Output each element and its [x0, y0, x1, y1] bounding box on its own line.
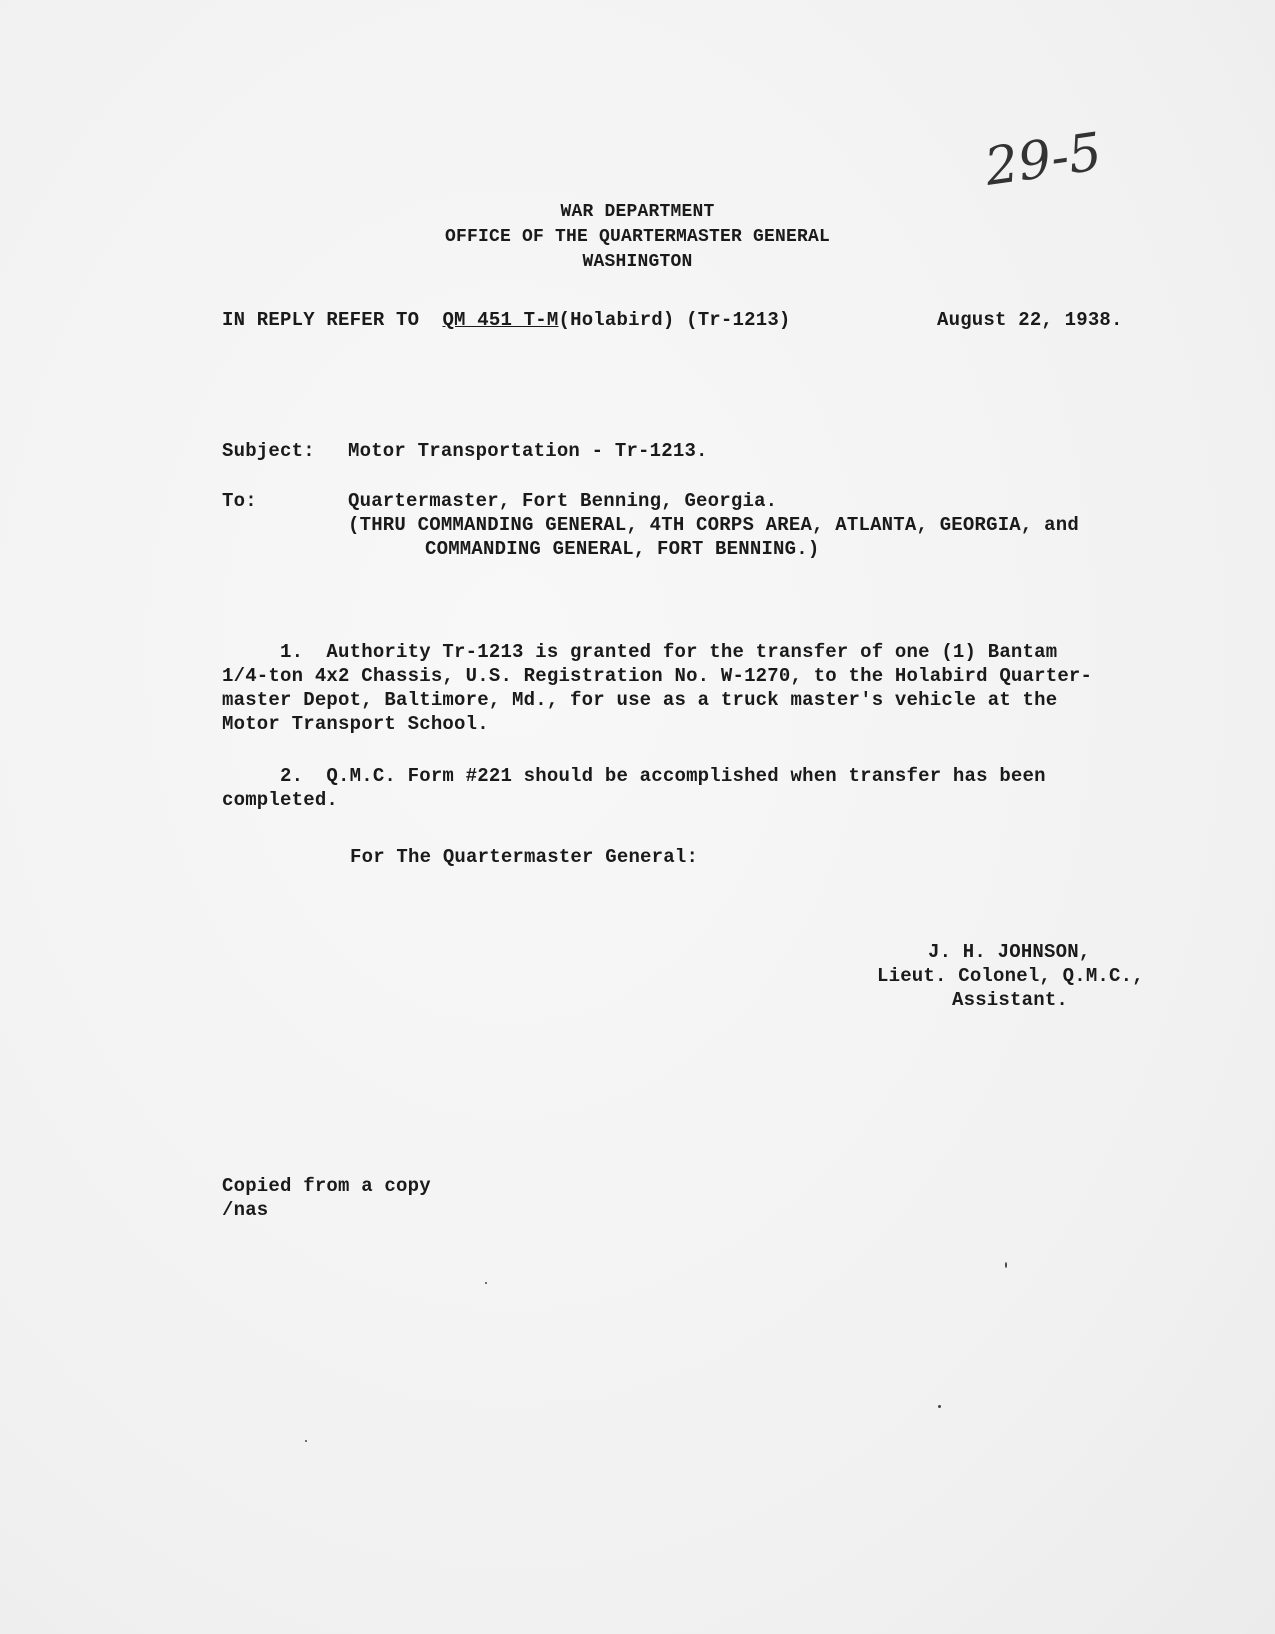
- closing-line: For The Quartermaster General:: [350, 845, 698, 869]
- paragraph-line: 2. Q.M.C. Form #221 should be accomplish…: [222, 764, 1046, 788]
- reference-prefix: IN REPLY REFER TO: [222, 309, 419, 331]
- paper-speck: [485, 1282, 487, 1284]
- paragraph-line: 1/4-ton 4x2 Chassis, U.S. Registration N…: [222, 664, 1092, 688]
- to-thru-line1: (THRU COMMANDING GENERAL, 4TH CORPS AREA…: [348, 513, 1079, 537]
- reference-line: IN REPLY REFER TO QM 451 T-M(Holabird) (…: [222, 308, 791, 332]
- footer-typist-initials: /nas: [222, 1198, 268, 1222]
- to-label: To:: [222, 489, 257, 513]
- letterhead-department: WAR DEPARTMENT: [0, 200, 1275, 224]
- to-addressee: Quartermaster, Fort Benning, Georgia.: [348, 489, 777, 513]
- paragraph-line: 1. Authority Tr-1213 is granted for the …: [222, 640, 1057, 664]
- letter-date: August 22, 1938.: [937, 308, 1123, 332]
- paper-speck: [938, 1405, 941, 1408]
- footer-copied-note: Copied from a copy: [222, 1174, 431, 1198]
- reference-suffix: (Holabird) (Tr-1213): [558, 309, 790, 331]
- signature-rank: Lieut. Colonel, Q.M.C.,: [877, 964, 1144, 988]
- document-page: WAR DEPARTMENT OFFICE OF THE QUARTERMAST…: [0, 0, 1275, 1634]
- paragraph-line: Motor Transport School.: [222, 712, 489, 736]
- paper-speck: [305, 1440, 307, 1442]
- paper-speck: [1005, 1262, 1007, 1268]
- to-thru-line2: COMMANDING GENERAL, FORT BENNING.): [425, 537, 819, 561]
- subject-label: Subject:: [222, 439, 315, 463]
- signature-title: Assistant.: [952, 988, 1068, 1012]
- paragraph-line: completed.: [222, 788, 338, 812]
- letterhead-city: WASHINGTON: [0, 250, 1275, 274]
- paragraph-line: master Depot, Baltimore, Md., for use as…: [222, 688, 1057, 712]
- reference-code: QM 451 T-M: [442, 309, 558, 331]
- handwritten-annotation: 29-5: [981, 122, 1105, 198]
- signature-name: J. H. JOHNSON,: [928, 940, 1090, 964]
- letterhead-office: OFFICE OF THE QUARTERMASTER GENERAL: [0, 225, 1275, 249]
- subject-text: Motor Transportation - Tr-1213.: [348, 439, 708, 463]
